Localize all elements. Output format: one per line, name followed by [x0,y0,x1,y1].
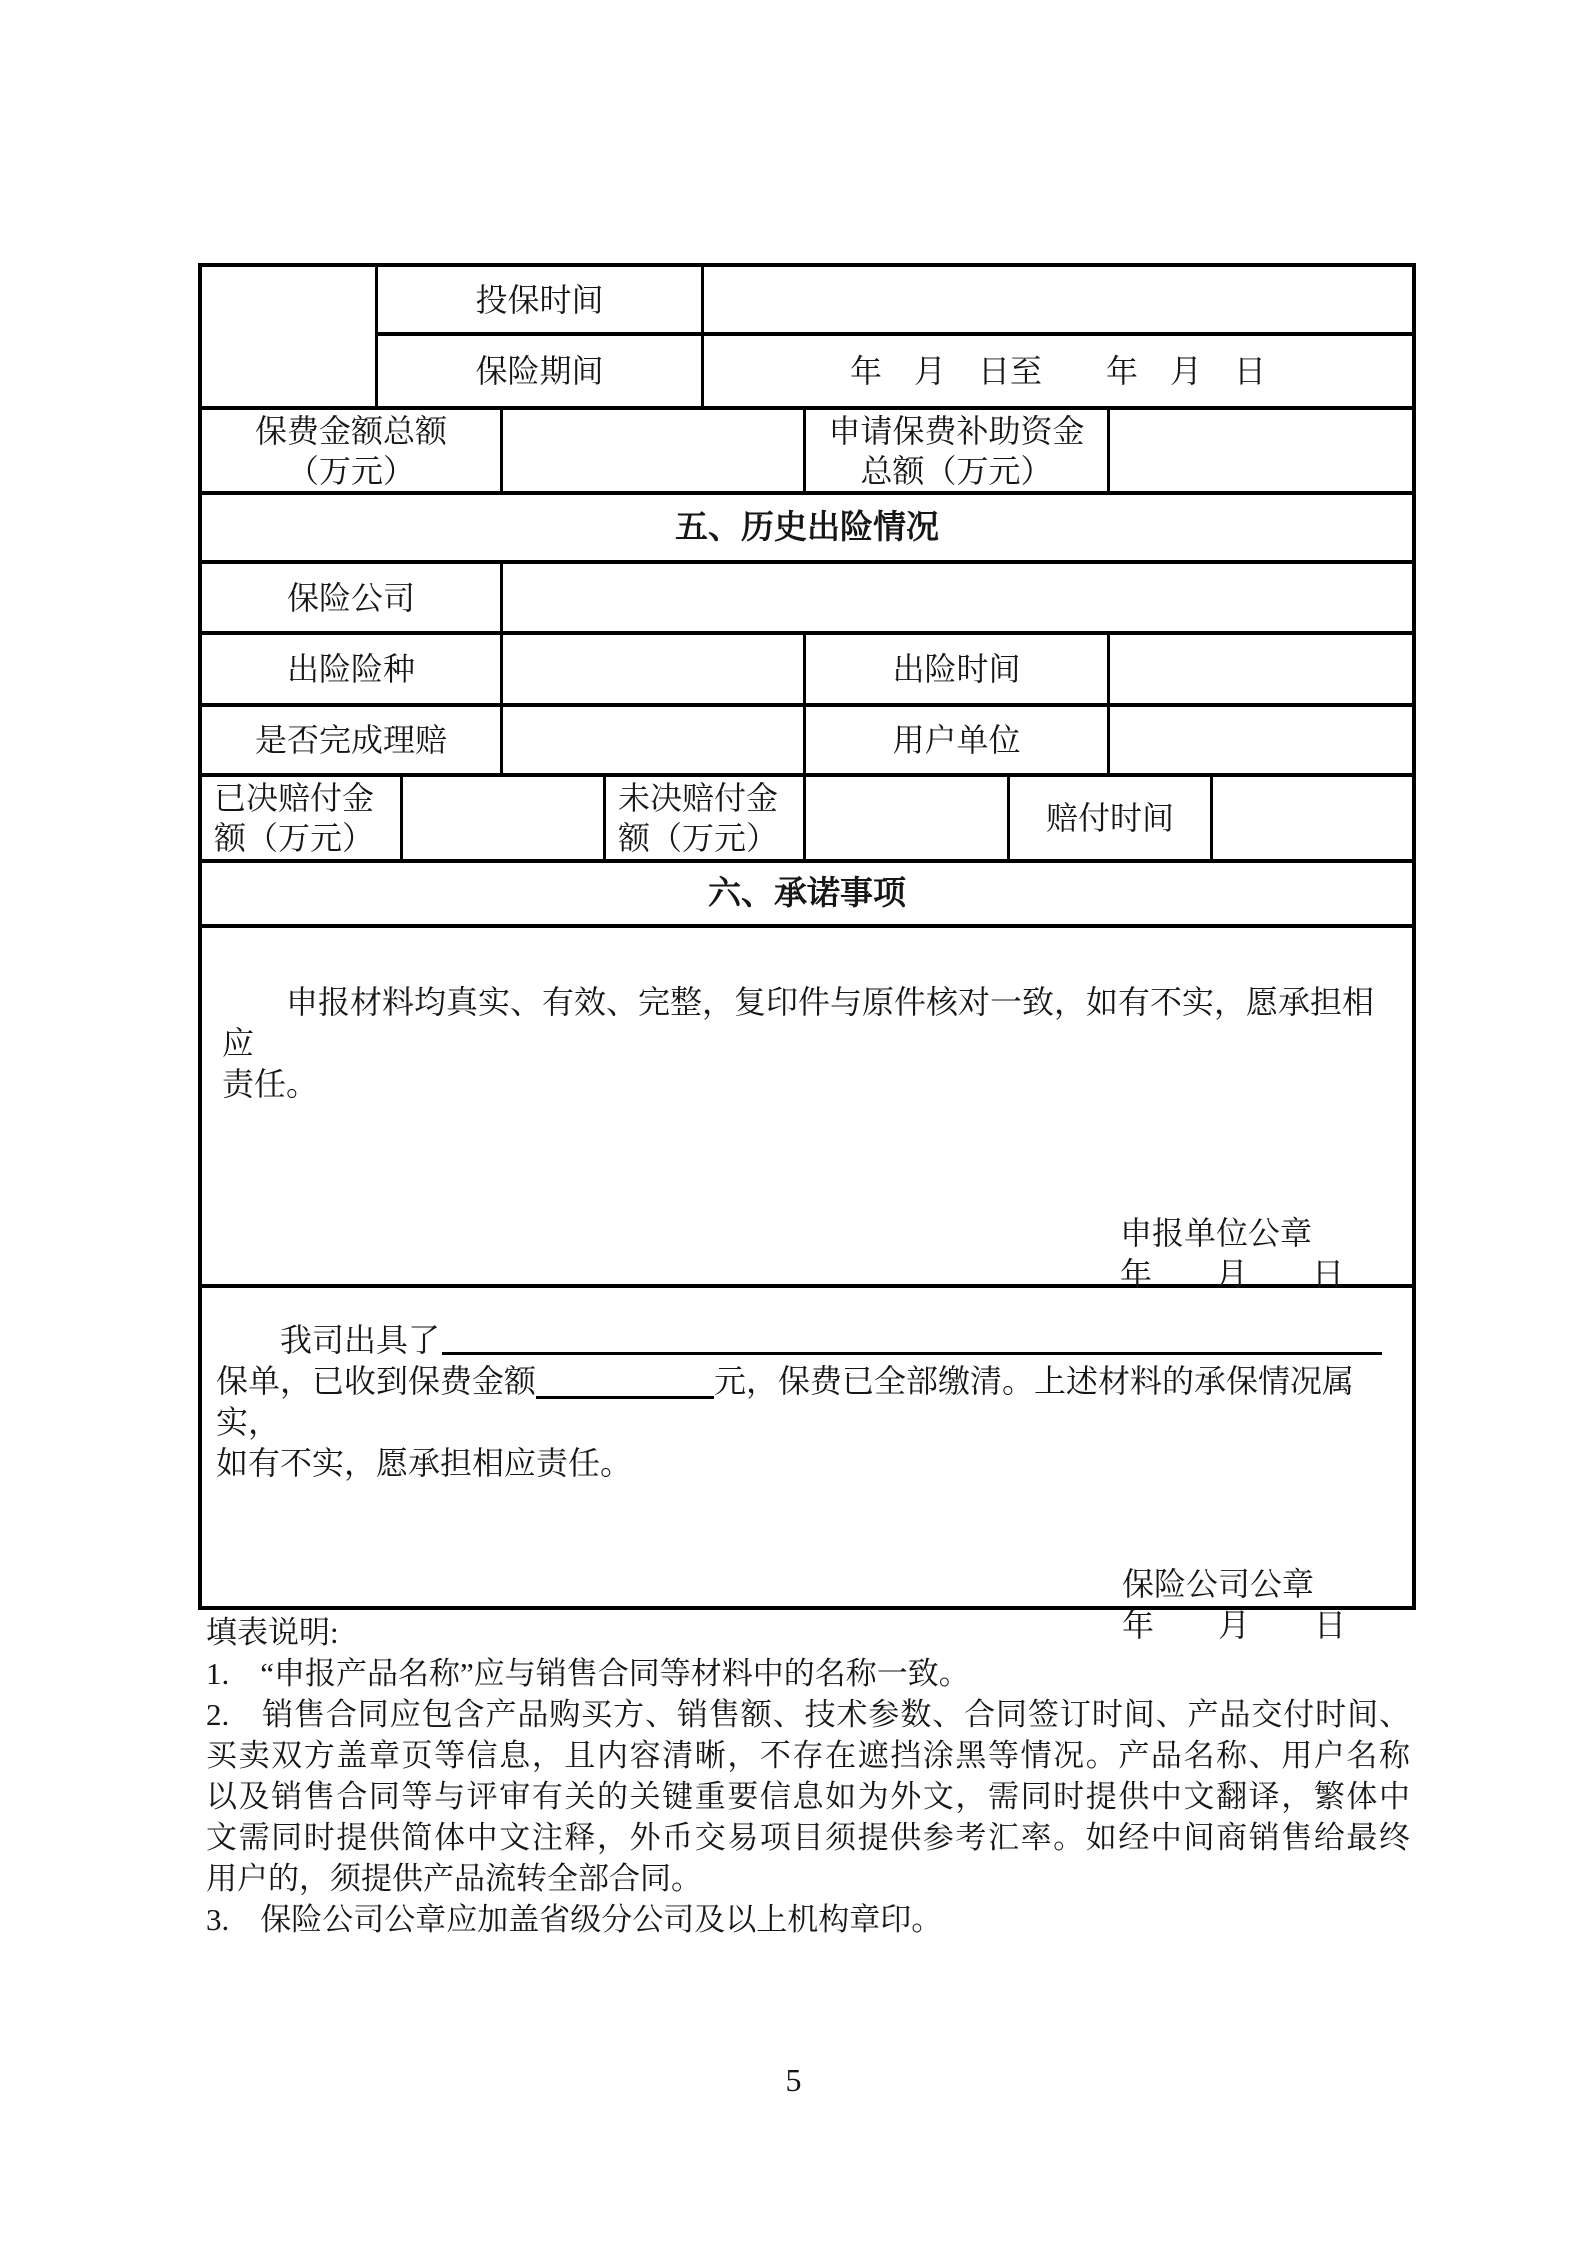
paid-settled-value-field[interactable] [403,777,606,859]
user-unit-value-field[interactable] [1110,707,1412,773]
policy-left-blank-cell [202,267,378,406]
confirmation-line1: 我司出具了 [216,1320,1398,1361]
applicant-seal-block: 申报单位公章 年 月 日 [1120,1213,1392,1295]
fill-instructions: 填表说明: 1. “申报产品名称”应与销售合同等材料中的名称一致。 2. 销售合… [198,1612,1418,1940]
confirmation-line1-text: 我司出具了 [216,1320,440,1361]
policy-period-value-field[interactable]: 年 月 日至 年 月 日 [704,336,1412,406]
declaration-line1: 申报材料均真实、有效、完整，复印件与原件核对一致，如有不实，愿承担相应 [222,982,1392,1064]
paid-outstanding-value-field[interactable] [806,777,1010,859]
paid-time-label: 赔付时间 [1010,777,1213,859]
claim-done-value-field[interactable] [503,707,806,773]
subsidy-total-label: 申请保费补助资金 总额（万元） [806,410,1110,491]
declaration-cell: 申报材料均真实、有效、完整，复印件与原件核对一致，如有不实，愿承担相应 责任。 … [202,928,1412,1284]
fill-instruction-line: 以及销售合同等与评审有关的关键重要信息如为外文，需同时提供中文翻译，繁体中 [206,1776,1410,1817]
insurer-label: 保险公司 [202,564,503,631]
claim-type-row: 出险险种 出险时间 [202,635,1412,707]
section5-title: 五、历史出险情况 [202,495,1412,560]
claim-type-label: 出险险种 [202,635,503,703]
subsidy-total-value-field[interactable] [1110,410,1412,491]
fill-instruction-line: 用户的，须提供产品流转全部合同。 [206,1858,1410,1899]
fill-instruction-line: 3. 保险公司公章应加盖省级分公司及以上机构章印。 [206,1899,1410,1940]
confirmation-row: 我司出具了 保单，已收到保费金额元，保费已全部缴清。上述材料的承保情况属实， 如… [202,1288,1412,1606]
insurance-application-form-table: 投保时间 保险期间 年 月 日至 年 月 日 保费金额总额 （万元） 申请保费补… [198,263,1416,1610]
policy-rows: 投保时间 保险期间 年 月 日至 年 月 日 [202,267,1412,410]
fill-instruction-line: 文需同时提供简体中文注释，外币交易项目须提供参考汇率。如经中间商销售给最终 [206,1817,1410,1858]
policy-period-label: 保险期间 [378,336,704,406]
applicant-seal-label: 申报单位公章 [1120,1213,1392,1254]
insurer-seal-label: 保险公司公章 [1122,1564,1398,1605]
policy-period-row: 保险期间 年 月 日至 年 月 日 [378,336,1412,406]
declaration-line2: 责任。 [222,1064,1392,1105]
premium-total-value-field[interactable] [503,410,806,491]
insurer-row: 保险公司 [202,564,1412,635]
confirmation-line2: 保单，已收到保费金额元，保费已全部缴清。上述材料的承保情况属实， [216,1361,1398,1443]
policy-name-blank-field[interactable] [442,1320,1382,1355]
fill-instruction-line: 2. 销售合同应包含产品购买方、销售额、技术参数、合同签订时间、产品交付时间、 [206,1694,1410,1735]
premium-total-label: 保费金额总额 （万元） [202,410,503,491]
premium-amount-blank-field[interactable] [536,1366,714,1399]
claim-done-row: 是否完成理赔 用户单位 [202,707,1412,777]
fill-instructions-title: 填表说明: [206,1612,1410,1653]
confirmation-cell: 我司出具了 保单，已收到保费金额元，保费已全部缴清。上述材料的承保情况属实， 如… [202,1288,1412,1606]
section5-header-row: 五、历史出险情况 [202,495,1412,564]
claim-time-value-field[interactable] [1110,635,1412,703]
fill-instruction-line: 1. “申报产品名称”应与销售合同等材料中的名称一致。 [206,1653,1410,1694]
confirmation-line2-pre: 保单，已收到保费金额 [216,1363,536,1399]
policy-time-label: 投保时间 [378,267,704,332]
section6-header-row: 六、承诺事项 [202,863,1412,928]
premium-row: 保费金额总额 （万元） 申请保费补助资金 总额（万元） [202,410,1412,495]
paid-time-value-field[interactable] [1213,777,1412,859]
declaration-row: 申报材料均真实、有效、完整，复印件与原件核对一致，如有不实，愿承担相应 责任。 … [202,928,1412,1288]
fill-instruction-line: 买卖双方盖章页等信息，且内容清晰，不存在遮挡涂黑等情况。产品名称、用户名称 [206,1735,1410,1776]
paid-settled-label: 已决赔付金 额（万元） [202,777,403,859]
policy-time-value-field[interactable] [704,267,1412,332]
claim-time-label: 出险时间 [806,635,1110,703]
user-unit-label: 用户单位 [806,707,1110,773]
confirmation-line3: 如有不实，愿承担相应责任。 [216,1443,1398,1484]
paid-amounts-row: 已决赔付金 额（万元） 未决赔付金 额（万元） 赔付时间 [202,777,1412,863]
claim-done-label: 是否完成理赔 [202,707,503,773]
claim-type-value-field[interactable] [503,635,806,703]
policy-time-row: 投保时间 [378,267,1412,336]
section6-title: 六、承诺事项 [202,863,1412,924]
document-page: 投保时间 保险期间 年 月 日至 年 月 日 保费金额总额 （万元） 申请保费补… [0,0,1587,2245]
paid-outstanding-label: 未决赔付金 额（万元） [606,777,806,859]
declaration-paragraph: 申报材料均真实、有效、完整，复印件与原件核对一致，如有不实，愿承担相应 责任。 [222,982,1392,1105]
policy-stack: 投保时间 保险期间 年 月 日至 年 月 日 [378,267,1412,406]
insurer-value-field[interactable] [503,564,1412,631]
page-number: 5 [0,2062,1587,2099]
